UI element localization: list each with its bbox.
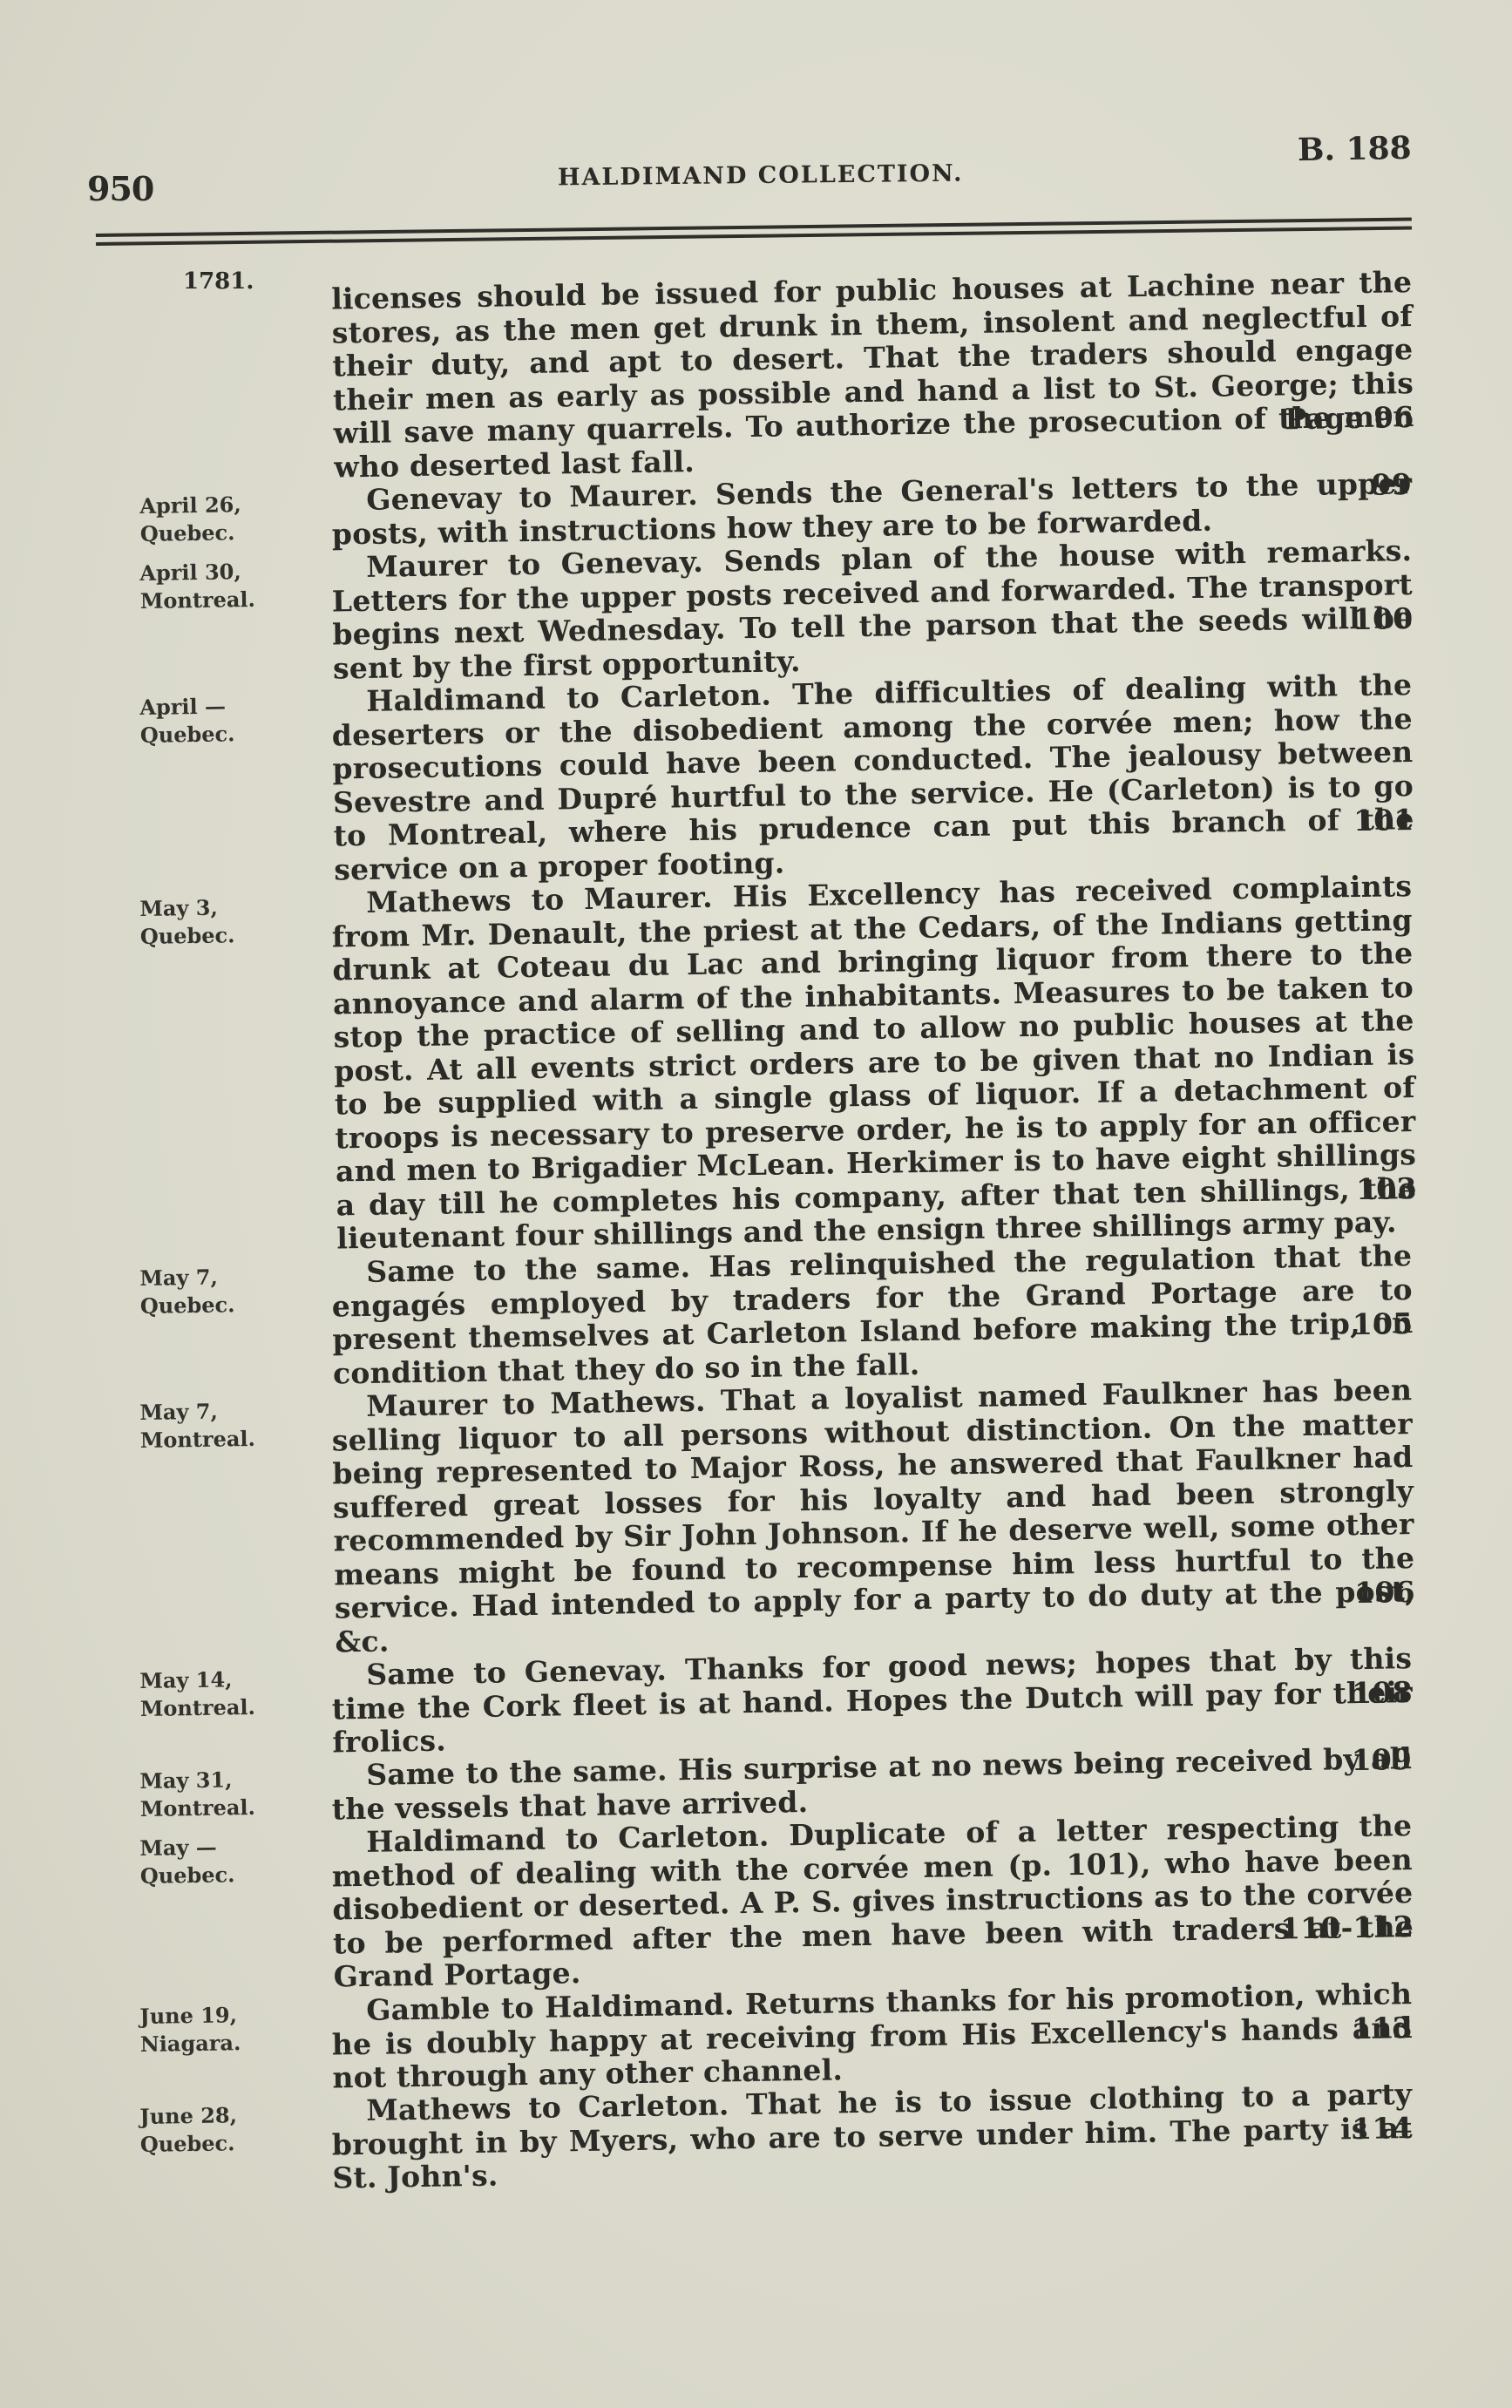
entry-page-ref: 114	[1352, 2112, 1413, 2147]
entry-place: Niagara.	[140, 2027, 332, 2058]
entry-margin: May — Quebec.	[139, 1827, 334, 1998]
entry-page-ref: 108	[1352, 1676, 1413, 1711]
entry-text: Maurer to Genevay. Sends plan of the hou…	[331, 534, 1414, 685]
entry-place: Montreal.	[140, 585, 332, 615]
entry-date: May 14,	[139, 1664, 331, 1694]
entry: May 7, Quebec. Same to the same. Has rel…	[139, 1239, 1414, 1394]
entry-date: April —	[139, 691, 331, 722]
entry-page-ref: 100	[1353, 602, 1414, 637]
entry-text: licenses should be issued for public hou…	[331, 265, 1414, 484]
entry-margin: June 28, Quebec.	[139, 2095, 333, 2199]
document-page: 950 HALDIMAND COLLECTION. B. 188 1781. l…	[0, 0, 1512, 2408]
entry-place: Quebec.	[140, 920, 332, 951]
entry-page-ref: 113	[1352, 2011, 1413, 2046]
entry-text: Same to Genevay. Thanks for good news; h…	[331, 1642, 1414, 1760]
entry-date: May 3,	[139, 892, 331, 923]
entry-date: June 19,	[139, 1999, 331, 2030]
entry-place: Montreal.	[140, 1692, 332, 1722]
entry-date: May —	[139, 1832, 331, 1862]
entry: April — Quebec. Haldimand to Carleton. T…	[139, 668, 1414, 890]
entry-text: Haldimand to Carleton. Duplicate of a le…	[331, 1809, 1414, 1994]
entry: June 28, Quebec. Mathews to Carleton. Th…	[139, 2078, 1414, 2198]
entry-margin: May 7, Montreal.	[139, 1390, 336, 1661]
entry-place: Quebec.	[140, 2128, 332, 2159]
entry: May 7, Montreal. Maurer to Mathews. That…	[139, 1374, 1416, 1662]
entry-body: Gamble to Haldimand. Returns thanks for …	[331, 1977, 1414, 2095]
entry-place: Montreal.	[140, 1793, 332, 1823]
calendar-entries: licenses should be issued for public hou…	[139, 261, 1412, 2199]
entry-date: May 31,	[139, 1765, 331, 1795]
entry-margin: June 19, Niagara.	[139, 1994, 333, 2098]
entry-place: Quebec.	[140, 719, 332, 750]
entry-margin: May 14, Montreal.	[139, 1658, 333, 1762]
entry-body: Mathews to Carleton. That he is to issue…	[331, 2078, 1414, 2195]
entry-date: May 7,	[139, 1395, 331, 1426]
entry-page-ref: 110-112	[1280, 1910, 1414, 1946]
entry-body: Maurer to Mathews. That a loyalist named…	[331, 1374, 1416, 1658]
entry-margin: May 7, Quebec.	[139, 1256, 333, 1393]
entry-margin: May 3, Quebec.	[139, 887, 337, 1259]
entry: May 3, Quebec. Mathews to Maurer. His Ex…	[139, 870, 1417, 1258]
entry-page-ref: 101	[1353, 804, 1414, 838]
entry-date: May 7,	[139, 1261, 331, 1292]
entry-text: Mathews to Maurer. His Excellency has re…	[331, 870, 1417, 1256]
entry-body: Same to the same. Has relinquished the r…	[331, 1239, 1414, 1390]
entry-text: Haldimand to Carleton. The difficulties …	[331, 668, 1414, 886]
entry: April 30, Montreal. Maurer to Genevay. S…	[139, 534, 1414, 688]
entry-page-ref: 103	[1356, 1172, 1417, 1207]
entry-page-ref: 105	[1353, 1306, 1414, 1341]
entry-text: Mathews to Carleton. That he is to issue…	[331, 2078, 1414, 2195]
entry-page-ref: Page 96	[1285, 401, 1414, 437]
header-double-rule	[96, 218, 1412, 246]
entry-place: Montreal.	[140, 1423, 332, 1454]
page-number: 950	[87, 169, 153, 208]
entry-date: April 26,	[139, 490, 331, 520]
entry-body: Mathews to Maurer. His Excellency has re…	[331, 870, 1417, 1256]
entry: May — Quebec. Haldimand to Carleton. Dup…	[139, 1809, 1414, 1997]
entry-page-ref: 99	[1372, 468, 1413, 502]
page-header: 950 HALDIMAND COLLECTION. B. 188	[87, 131, 1412, 200]
entry-place: Quebec.	[140, 1860, 332, 1890]
entry-margin	[139, 283, 335, 487]
entry-body: licenses should be issued for public hou…	[331, 266, 1414, 484]
entry-page-ref: 106	[1354, 1575, 1415, 1610]
entry-text: Gamble to Haldimand. Returns thanks for …	[331, 1977, 1414, 2095]
entry-margin: April — Quebec.	[139, 686, 335, 890]
entry-text: Same to the same. Has relinquished the r…	[331, 1239, 1414, 1390]
entry-date: June 28,	[139, 2100, 331, 2131]
entry-body: Haldimand to Carleton. Duplicate of a le…	[331, 1809, 1414, 1994]
entry-margin: April 26, Quebec.	[139, 485, 332, 554]
entry-body: Maurer to Genevay. Sends plan of the hou…	[331, 534, 1414, 685]
entry-text: Maurer to Mathews. That a loyalist named…	[331, 1374, 1416, 1658]
entry-place: Quebec.	[140, 1289, 332, 1319]
entry-page-ref: 109	[1351, 1743, 1412, 1778]
running-title: HALDIMAND COLLECTION.	[558, 160, 964, 192]
entry-date: April 30,	[139, 557, 331, 587]
entry-body: Same to Genevay. Thanks for good news; h…	[331, 1642, 1414, 1760]
entry-margin: May 31, Montreal.	[139, 1760, 332, 1829]
entry-margin: April 30, Montreal.	[139, 552, 333, 688]
entry-place: Quebec.	[140, 518, 332, 548]
reference-code: B. 188	[1298, 130, 1412, 168]
entry-continued: licenses should be issued for public hou…	[139, 266, 1414, 487]
entry-body: Haldimand to Carleton. The difficulties …	[331, 668, 1414, 886]
